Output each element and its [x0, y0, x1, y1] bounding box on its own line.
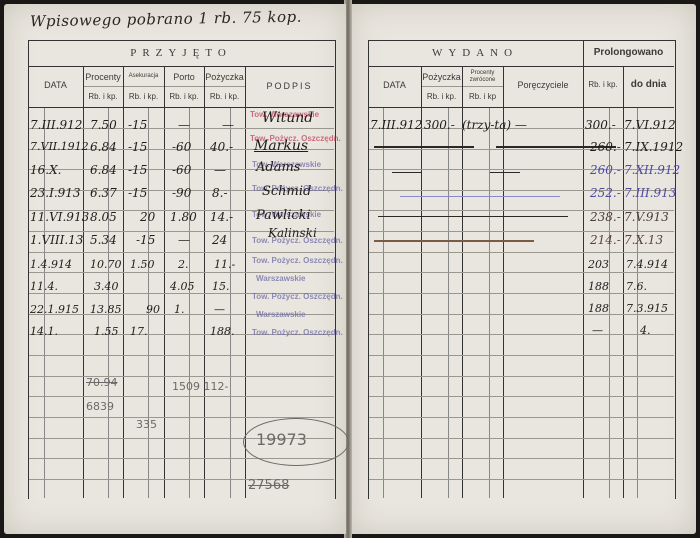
cell-data: 11.4. [30, 280, 58, 293]
cell-do-dnia: 7.6. [626, 280, 647, 293]
cell-procenty: 6.84 [90, 163, 117, 177]
cell-data: 14.1. [30, 325, 58, 338]
row-line [369, 272, 674, 273]
header-divider [28, 66, 334, 67]
strike-line [392, 172, 422, 173]
pencil-note: 27568 [248, 478, 289, 493]
col-sub-porto: Rb. i kp. [164, 92, 204, 101]
row-line [369, 417, 674, 418]
col-subdivider [448, 108, 449, 498]
header-bottom-line [368, 107, 674, 108]
col-sub-procenty: Rb. i kp. [83, 92, 123, 101]
col-header-data: DATA [368, 80, 421, 90]
cell-asekuracja: -15 [128, 163, 147, 177]
pencil-note: 6839 [86, 400, 114, 413]
col-header-pozyczka: Pożyczka [421, 72, 462, 82]
cell-rb: 203 [588, 258, 609, 271]
col-header-do-dnia: do dnia [623, 79, 674, 90]
strike-line [374, 240, 534, 242]
cell-pozyczka: 11.- [214, 258, 235, 271]
row-line [29, 355, 334, 356]
cell-procenty: 3.40 [94, 280, 119, 293]
col-header-data: DATA [28, 80, 83, 90]
row-line [369, 438, 674, 439]
row-line [369, 458, 674, 459]
cell-procenty: 7.50 [90, 118, 117, 132]
cell-procenty: 6.84 [90, 140, 117, 154]
cell-rb: 260.- [590, 140, 621, 154]
col-header-porto: Porto [164, 72, 204, 82]
cell-porto: 1.80 [170, 210, 197, 224]
col-divider [123, 67, 124, 498]
bank-stamp: Warszawskie [256, 310, 306, 319]
header-divider [368, 66, 674, 67]
cell-rb: — [592, 324, 603, 337]
cell-do-dnia: 7.VI.912 [624, 118, 676, 132]
section-title-wydano: WYDANO [368, 47, 582, 59]
cell-asekuracja: -15 [128, 140, 147, 154]
cell-do-dnia: 7.IX.1912 [624, 140, 683, 154]
cell-pozyczka: — [214, 303, 225, 316]
cell-pozyczka: 8.- [212, 186, 228, 200]
cell-asekuracja: 17. [130, 325, 148, 338]
cell-asekuracja: 20 [140, 210, 155, 224]
cell-data: 1.VIII.13 [30, 233, 83, 247]
cell-data: 22.1.915 [30, 303, 79, 316]
cell-podpis: Markus [254, 138, 308, 154]
cell-rb: 238.- [590, 210, 621, 224]
header-bottom-line [28, 107, 334, 108]
cell-procenty: 1.55 [94, 325, 119, 338]
row-line [369, 252, 674, 253]
col-header-asekuracja: Asekuracja [123, 73, 164, 79]
row-line [369, 355, 674, 356]
col-divider [583, 40, 584, 498]
col-subdivider [489, 108, 490, 498]
cell-porto: 2. [178, 258, 189, 271]
cell-data: 16.X. [30, 163, 61, 177]
cell-rb: 300.- [585, 118, 616, 132]
cell-podpis: Pawlicki [256, 208, 311, 223]
cell-do-dnia: 7.3.915 [626, 302, 668, 315]
cell-pozyczka: 15. [212, 280, 230, 293]
row-line [29, 252, 334, 253]
cell-pozyczka: — [214, 163, 226, 177]
cell-procenty: 13.85 [90, 303, 122, 316]
bank-stamp: Tow. Pożycz. Oszczędn. [252, 292, 343, 301]
cell-porto: -90 [172, 186, 191, 200]
cell-data: 23.I.913 [30, 186, 81, 200]
row-line [369, 231, 674, 232]
bank-stamp: Warszawskie [256, 274, 306, 283]
cell-rb: 252.- [590, 186, 621, 200]
cell-do-dnia: 7.X.13 [624, 233, 663, 247]
cell-porto: -60 [172, 163, 191, 177]
row-line [29, 376, 334, 377]
cell-rb: 188 [588, 280, 609, 293]
col-header-podpis: PODPIS [245, 81, 334, 91]
cell-asekuracja: -15 [128, 186, 147, 200]
cell-data: 7.VII.1912 [30, 140, 89, 153]
pencil-note: 1509 112- [172, 380, 228, 393]
bank-stamp: Tow. Pożycz. Oszczędn. [252, 328, 343, 337]
cell-podpis: Witund [262, 110, 313, 126]
cell-pozyczka: 300.- [424, 118, 455, 132]
cell-data: 11.VI.913 [30, 210, 89, 224]
pencil-note: 70.94 [86, 376, 118, 389]
col-sub-pozyczka: Rb. i kp. [421, 92, 462, 101]
cell-pozyczka: 14.- [210, 210, 233, 224]
col-header-poreczyciele: Poręczyciele [503, 80, 583, 90]
cell-procenty: 10.70 [90, 258, 122, 271]
cell-pozyczka: 40.- [210, 140, 233, 154]
cell-asekuracja: -15 [136, 233, 155, 247]
cell-do-dnia: 7.4.914 [626, 258, 668, 271]
pencil-note-circled: 19973 [256, 430, 307, 449]
cell-asekuracja: 90 [146, 303, 160, 316]
cell-rb: 260.- [590, 163, 621, 177]
cell-asekuracja: 1.50 [130, 258, 155, 271]
col-sub-asekuracja: Rb. i kp. [123, 92, 164, 101]
col-header-rb: Rb. i kp. [583, 80, 623, 89]
row-line [369, 376, 674, 377]
cell-porto: — [178, 233, 190, 247]
bank-stamp: Tow. Pożycz. Oszczędn. [252, 256, 343, 265]
cell-porto: 4.05 [170, 280, 195, 293]
col-subdivider [230, 108, 231, 498]
cell-do-dnia: 7.V.913 [624, 210, 669, 224]
row-line [369, 334, 674, 335]
col-sub-pozyczka: Rb. i kp. [204, 92, 245, 101]
cell-do-dnia: 7.III.913 [624, 186, 676, 200]
row-line [29, 396, 334, 397]
cell-data: 7.III.912 [30, 118, 82, 132]
cell-pozyczka: 24 [212, 233, 227, 247]
cell-porto: 1. [174, 303, 185, 316]
section-title-przyjeto: PRZYJĘTO [28, 47, 334, 59]
col-header-procenty: Procenty [83, 72, 123, 82]
strike-line [400, 196, 560, 197]
strike-line [374, 146, 474, 148]
strike-line [378, 216, 568, 217]
cell-rb: 214.- [590, 233, 621, 247]
row-line [29, 272, 334, 273]
row-line [369, 293, 674, 294]
col-sub-procenty-zwrocone: Rb. i kp [462, 92, 503, 101]
cell-procenty: 6.37 [90, 186, 117, 200]
cell-porto: — [178, 118, 190, 132]
cell-procenty: 5.34 [90, 233, 117, 247]
cell-pozyczka: — [222, 118, 234, 132]
col-header-pozyczka: Pożyczka [204, 72, 245, 82]
cell-pozyczka: 188. [210, 325, 235, 338]
row-line [369, 396, 674, 397]
strike-line [490, 172, 520, 173]
cell-podpis: Adams [256, 160, 300, 175]
cell-asekuracja: -15 [128, 118, 147, 132]
cell-podpis: Kalinski [268, 226, 317, 240]
cell-data: 7.III.912 [370, 118, 422, 132]
cell-poreczyciele: (trzy-ta) — [462, 118, 527, 132]
cell-do-dnia: 7.XII.912 [624, 163, 680, 177]
cell-procenty: 8.05 [90, 210, 117, 224]
section-title-prolongowano: Prolongowano [583, 47, 674, 58]
col-divider [83, 67, 84, 498]
col-header-procenty-zwrocone: Procenty zwrócone [464, 70, 501, 84]
cell-podpis: Schmid [262, 184, 311, 199]
col-divider [164, 67, 165, 498]
cell-porto: -60 [172, 140, 191, 154]
col-divider [204, 67, 205, 498]
pencil-note: 335 [136, 418, 157, 431]
cell-do-dnia: 4. [640, 324, 651, 337]
cell-data: 1.4.914 [30, 258, 72, 271]
row-line [369, 479, 674, 480]
cell-rb: 188 [588, 302, 609, 315]
col-subdivider [383, 108, 384, 498]
